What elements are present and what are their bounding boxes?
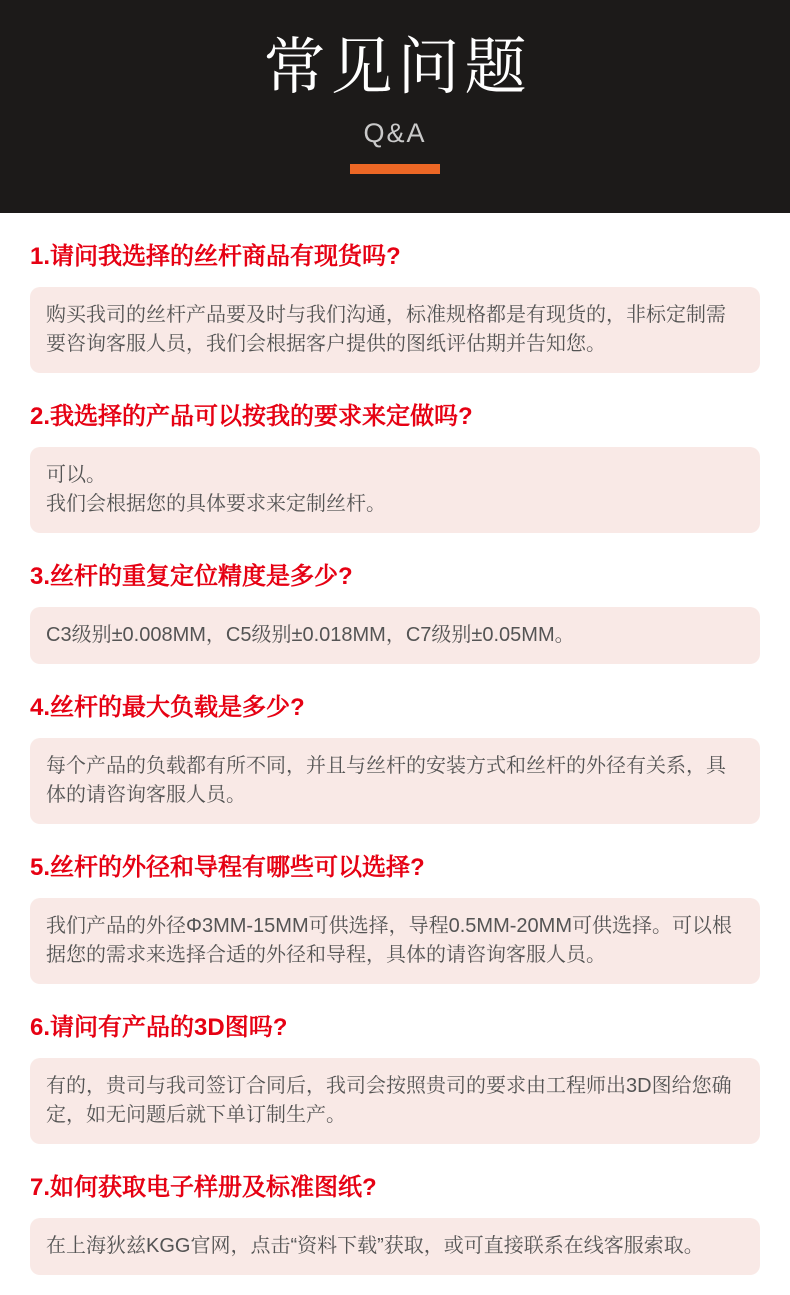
answer-box: C3级别±0.008MM，C5级别±0.018MM，C7级别±0.05MM。 <box>30 607 760 664</box>
question-heading: 1.请问我选择的丝杆商品有现货吗? <box>30 242 760 272</box>
answer-box: 购买我司的丝杆产品要及时与我们沟通，标准规格都是有现货的，非标定制需要咨询客服人… <box>30 287 760 373</box>
faq-section: 2.我选择的产品可以按我的要求来定做吗? 可以。我们会根据您的具体要求来定制丝杆… <box>30 402 760 533</box>
question-heading: 5.丝杆的外径和导程有哪些可以选择? <box>30 853 760 883</box>
answer-line: 我们产品的外径Φ3MM-15MM可供选择，导程0.5MM-20MM可供选择。可以… <box>46 912 744 970</box>
faq-section: 1.请问我选择的丝杆商品有现货吗? 购买我司的丝杆产品要及时与我们沟通，标准规格… <box>30 242 760 373</box>
page-subtitle: Q&A <box>363 118 426 149</box>
answer-line: 购买我司的丝杆产品要及时与我们沟通，标准规格都是有现货的，非标定制需要咨询客服人… <box>46 301 744 359</box>
question-heading: 4.丝杆的最大负载是多少? <box>30 693 760 723</box>
question-heading: 6.请问有产品的3D图吗? <box>30 1013 760 1043</box>
answer-box: 我们产品的外径Φ3MM-15MM可供选择，导程0.5MM-20MM可供选择。可以… <box>30 898 760 984</box>
answer-line: 在上海狄兹KGG官网，点击“资料下载”获取，或可直接联系在线客服索取。 <box>46 1232 744 1261</box>
answer-line: 有的，贵司与我司签订合同后，我司会按照贵司的要求由工程师出3D图给您确定，如无问… <box>46 1072 744 1130</box>
faq-header: 常见问题 Q&A <box>0 0 790 213</box>
answer-line: 每个产品的负载都有所不同，并且与丝杆的安装方式和丝杆的外径有关系，具体的请咨询客… <box>46 752 744 810</box>
answer-box: 每个产品的负载都有所不同，并且与丝杆的安装方式和丝杆的外径有关系，具体的请咨询客… <box>30 738 760 824</box>
answer-box: 在上海狄兹KGG官网，点击“资料下载”获取，或可直接联系在线客服索取。 <box>30 1218 760 1275</box>
answer-box: 有的，贵司与我司签订合同后，我司会按照贵司的要求由工程师出3D图给您确定，如无问… <box>30 1058 760 1144</box>
faq-section: 5.丝杆的外径和导程有哪些可以选择? 我们产品的外径Φ3MM-15MM可供选择，… <box>30 853 760 984</box>
question-heading: 7.如何获取电子样册及标准图纸? <box>30 1173 760 1203</box>
faq-section: 6.请问有产品的3D图吗? 有的，贵司与我司签订合同后，我司会按照贵司的要求由工… <box>30 1013 760 1144</box>
faq-section: 4.丝杆的最大负载是多少? 每个产品的负载都有所不同，并且与丝杆的安装方式和丝杆… <box>30 693 760 824</box>
faq-list: 1.请问我选择的丝杆商品有现货吗? 购买我司的丝杆产品要及时与我们沟通，标准规格… <box>0 242 790 1295</box>
accent-bar-divider <box>350 164 440 174</box>
question-heading: 3.丝杆的重复定位精度是多少? <box>30 562 760 592</box>
faq-section: 7.如何获取电子样册及标准图纸? 在上海狄兹KGG官网，点击“资料下载”获取，或… <box>30 1173 760 1275</box>
answer-line: 可以。 <box>46 461 744 490</box>
answer-line: 我们会根据您的具体要求来定制丝杆。 <box>46 490 744 519</box>
answer-box: 可以。我们会根据您的具体要求来定制丝杆。 <box>30 447 760 533</box>
answer-line: C3级别±0.008MM，C5级别±0.018MM，C7级别±0.05MM。 <box>46 621 744 650</box>
question-heading: 2.我选择的产品可以按我的要求来定做吗? <box>30 402 760 432</box>
faq-section: 3.丝杆的重复定位精度是多少? C3级别±0.008MM，C5级别±0.018M… <box>30 562 760 664</box>
page-title: 常见问题 <box>258 34 531 102</box>
